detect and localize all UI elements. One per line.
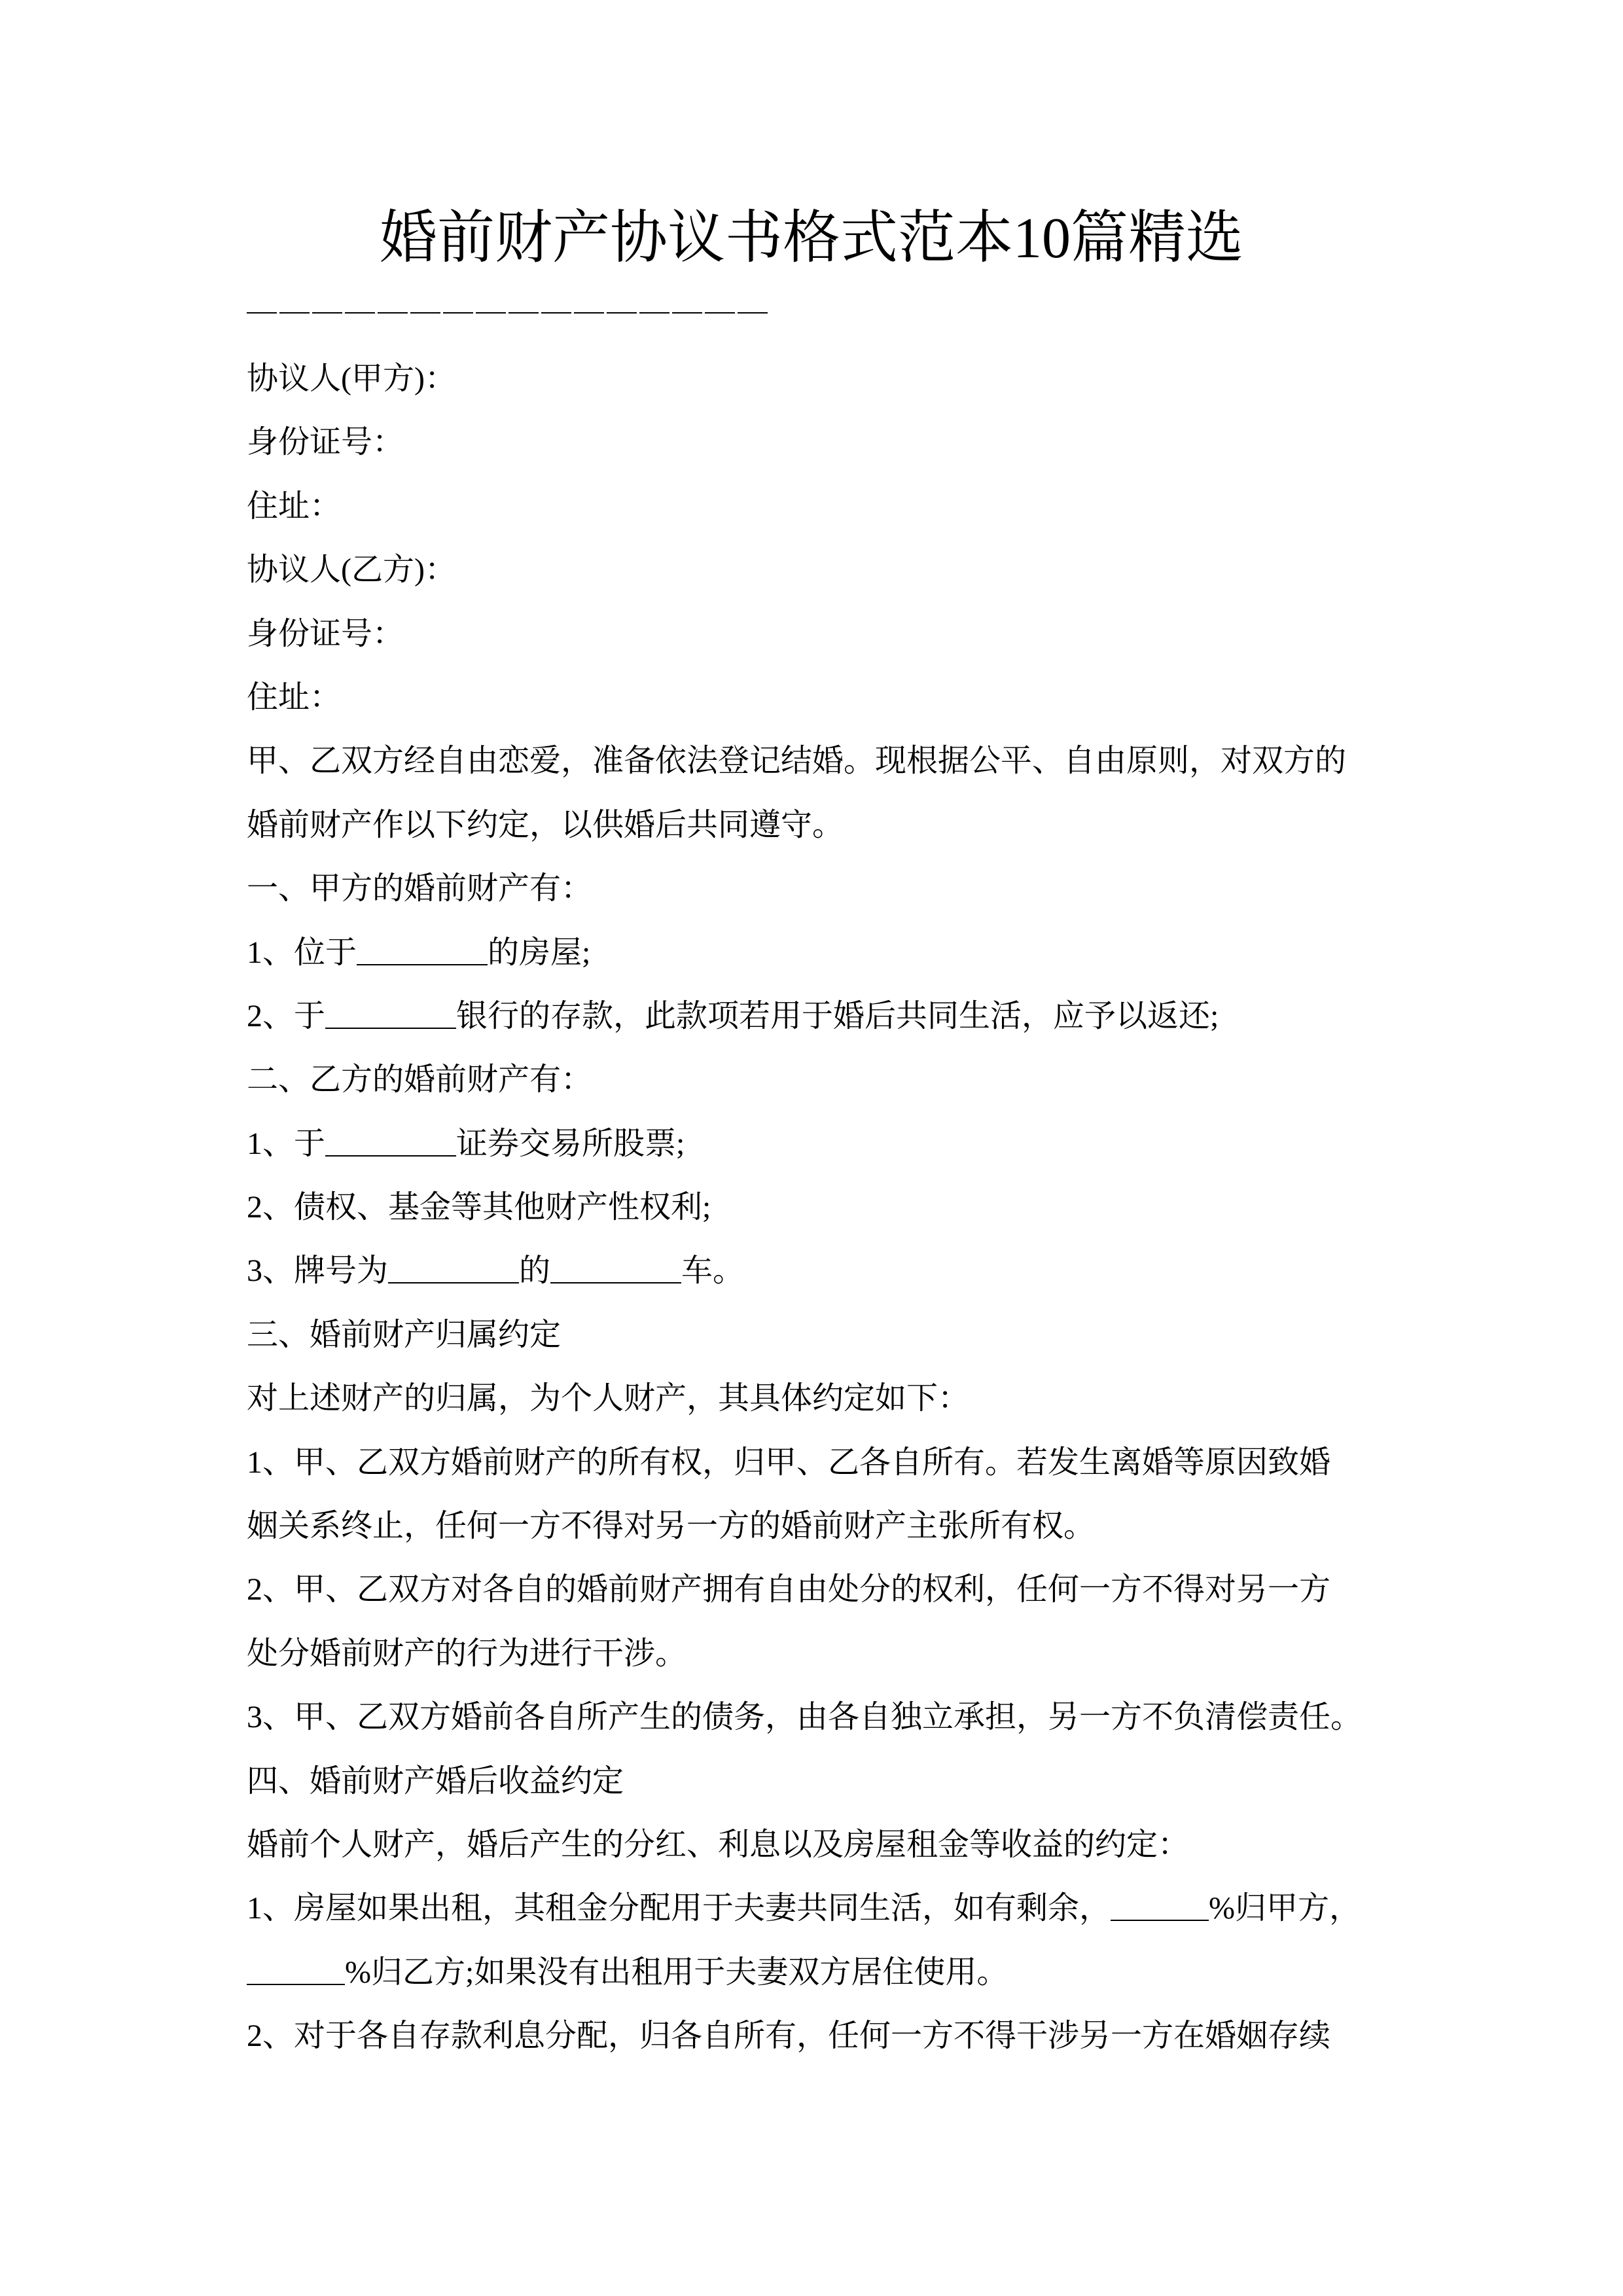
section-4-item-1-line-2: %归乙方;如果没有出租用于夫妻双方居住使用。 [247,1941,1399,2004]
section-4-heading: 四、婚前财产婚后收益约定 [247,1749,1399,1813]
section-3-item-1-line-1: 1、甲、乙双方婚前财产的所有权，归甲、乙各自所有。若发生离婚等原因致婚 [247,1431,1399,1494]
bank-name-blank [325,1001,456,1029]
stock-exchange-blank [325,1129,456,1157]
party-a-id-label: 身份证号： [247,410,1399,474]
section-1-heading: 一、甲方的婚前财产有： [247,857,1399,920]
text: 3、牌号为 [247,1253,388,1288]
section-2-item-3: 3、牌号为的车。 [247,1239,1399,1302]
section-3-item-2-line-1: 2、甲、乙双方对各自的婚前财产拥有自由处分的权利，任何一方不得对另一方 [247,1558,1399,1621]
text: 的 [519,1253,550,1288]
text: 证券交易所股票; [456,1126,685,1161]
text: 2、于 [247,999,325,1033]
section-4-item-2-line-1: 2、对于各自存款利息分配，归各自所有，任何一方不得干涉另一方在婚姻存续 [247,2004,1399,2068]
house-location-blank [357,938,488,965]
section-2-item-1: 1、于证券交易所股票; [247,1112,1399,1175]
text: %归甲方， [1209,1891,1361,1926]
section-1-item-1: 1、位于的房屋; [247,921,1399,984]
party-b-id-label: 身份证号： [247,602,1399,666]
section-4-intro: 婚前个人财产，婚后产生的分红、利息以及房屋租金等收益的约定： [247,1813,1399,1876]
document-title: 婚前财产协议书格式范本10篇精选 [0,196,1623,281]
document-page: 婚前财产协议书格式范本10篇精选 协议人(甲方)： 身份证号： 住址： 协议人(… [0,0,1623,2296]
text: 1、于 [247,1126,325,1161]
section-3-item-1-line-2: 姻关系终止，任何一方不得对另一方的婚前财产主张所有权。 [247,1494,1399,1558]
section-2-item-2: 2、债权、基金等其他财产性权利; [247,1175,1399,1239]
document-body: 协议人(甲方)： 身份证号： 住址： 协议人(乙方)： 身份证号： 住址： 甲、… [247,347,1399,2068]
party-a-percent-blank [1111,1893,1209,1921]
plate-number-blank [388,1256,519,1283]
title-divider-dashes [247,312,768,314]
preamble-line-1: 甲、乙双方经自由恋爱，准备依法登记结婚。现根据公平、自由原则，对双方的 [247,729,1399,793]
text: %归乙方;如果没有出租用于夫妻双方居住使用。 [345,1955,1008,1990]
section-4-item-1-line-1: 1、房屋如果出租，其租金分配用于夫妻共同生活，如有剩余，%归甲方， [247,1876,1399,1940]
car-model-blank [550,1256,681,1283]
text: 1、位于 [247,935,357,970]
section-3-item-3: 3、甲、乙双方婚前各自所产生的债务，由各自独立承担，另一方不负清偿责任。 [247,1685,1399,1749]
section-3-intro: 对上述财产的归属，为个人财产，其具体约定如下： [247,1367,1399,1430]
text: 的房屋; [488,935,590,970]
section-2-heading: 二、乙方的婚前财产有： [247,1048,1399,1111]
text: 1、房屋如果出租，其租金分配用于夫妻共同生活，如有剩余， [247,1891,1111,1926]
party-b-address-label: 住址： [247,666,1399,729]
preamble-line-2: 婚前财产作以下约定，以供婚后共同遵守。 [247,793,1399,857]
text: 车。 [681,1253,744,1288]
text: 银行的存款，此款项若用于婚后共同生活，应予以返还; [456,999,1219,1033]
party-a-address-label: 住址： [247,475,1399,538]
party-b-label: 协议人(乙方)： [247,538,1399,601]
section-3-heading: 三、婚前财产归属约定 [247,1303,1399,1367]
section-3-item-2-line-2: 处分婚前财产的行为进行干涉。 [247,1622,1399,1685]
party-b-percent-blank [247,1958,345,1985]
section-1-item-2: 2、于银行的存款，此款项若用于婚后共同生活，应予以返还; [247,984,1399,1048]
party-a-label: 协议人(甲方)： [247,347,1399,410]
